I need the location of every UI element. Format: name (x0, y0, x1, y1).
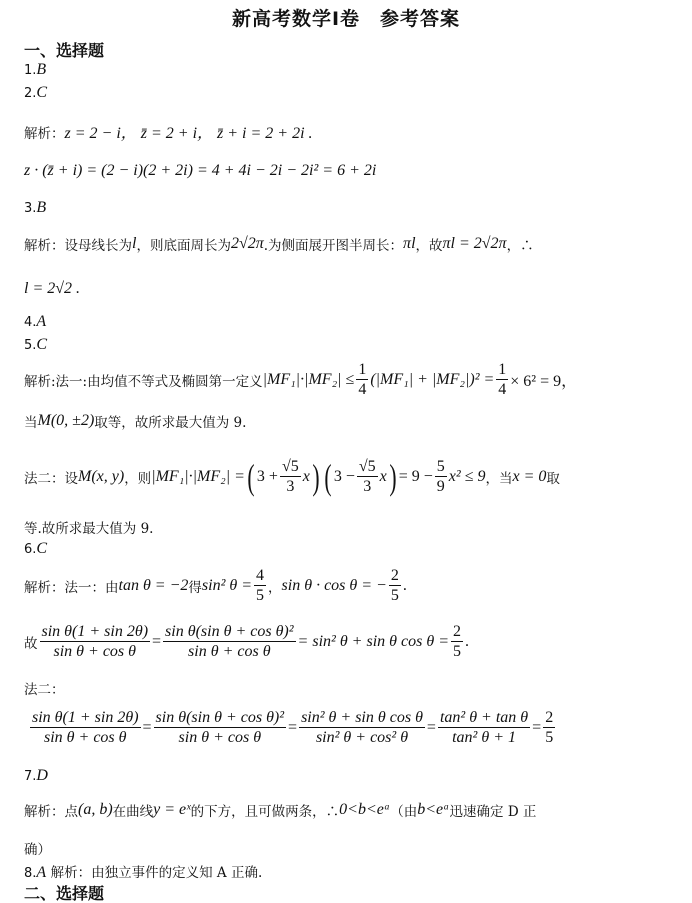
denominator: sin θ + cos θ (52, 642, 139, 661)
numerator: sin θ(sin θ + cos θ)² (154, 708, 287, 728)
period: . (465, 633, 469, 651)
math-expression: |MF₁|·|MF₂| = (151, 468, 245, 486)
denominator: tan² θ + 1 (450, 728, 518, 747)
equals-sign: = (152, 633, 161, 651)
answer-number: 1. (24, 63, 36, 78)
fraction: sin θ(1 + sin 2θ)sin θ + cos θ (40, 622, 151, 661)
numerator: √5 (357, 457, 378, 477)
equals-sign: = (143, 719, 152, 737)
numerator: 1 (356, 360, 368, 380)
text-segment: 解析：点 (24, 800, 78, 820)
text-segment: 故 (24, 632, 38, 652)
answer-letter: A (36, 864, 46, 881)
text-segment: 解析：设母线长为 (24, 234, 132, 254)
q7-explanation-line2: 确） (24, 838, 51, 858)
variable-x: x (380, 468, 387, 486)
math-expression: πl = 2√2π (443, 235, 507, 253)
q3-explanation-line2: l = 2√2 . (24, 280, 80, 298)
answer-number: 7. (24, 769, 36, 784)
denominator: 5 (389, 586, 401, 605)
right-paren: ) (312, 459, 319, 495)
numerator: 2 (543, 708, 555, 728)
text-segment: ，则底面周长为 (136, 234, 231, 254)
answer-3: 3.B (24, 199, 46, 217)
variable-x: x (303, 468, 310, 486)
fraction: 25 (389, 566, 401, 605)
text-segment: 得 (188, 576, 202, 596)
math-expression: l = 2√2 . (24, 280, 80, 298)
equals-sign: = (532, 719, 541, 737)
equals-sign: = (427, 719, 436, 737)
denominator: 3 (361, 477, 373, 496)
numerator: 2 (451, 622, 463, 642)
q6-method2-equation: sin θ(1 + sin 2θ)sin θ + cos θ = sin θ(s… (28, 708, 557, 747)
text-segment: 解析：法一：由 (24, 576, 119, 596)
answer-1: 1.B (24, 61, 46, 79)
q3-explanation-line1: 解析：设母线长为 l ，则底面周长为 2√2π .为侧面展开图半周长： πl ，… (24, 234, 534, 254)
fraction: tan² θ + tan θtan² θ + 1 (438, 708, 530, 747)
answer-letter: C (36, 84, 47, 101)
q5-method1-line2: 当 M(0, ±2) 取等，故所求最大值为 9. (24, 411, 246, 431)
denominator: 5 (451, 642, 463, 661)
denominator: 5 (543, 728, 555, 747)
fraction: √53 (357, 457, 378, 496)
q2-explanation-line2: z · (z̄ + i) = (2 − i)(2 + 2i) = 4 + 4i … (24, 162, 376, 180)
numerator: 2 (389, 566, 401, 586)
answer-number: 6. (24, 542, 36, 557)
text-segment: 等.故所求最大值为 9. (24, 517, 153, 537)
answer-letter: C (36, 336, 47, 353)
math-expression: M(0, ±2) (38, 412, 95, 430)
text-segment: ， (268, 576, 282, 596)
text-segment: 的下方，且可做两条，∴ (191, 800, 340, 820)
q8-explanation: 解析：由独立事件的定义知 A 正确. (51, 865, 263, 881)
numerator: sin θ(sin θ + cos θ)² (163, 622, 296, 642)
math-expression: . (403, 577, 407, 595)
section-heading-choice: 一、选择题 (24, 38, 104, 61)
answer-letter: C (36, 540, 47, 557)
fraction: sin θ(1 + sin 2θ)sin θ + cos θ (30, 708, 141, 747)
text-segment: 法二：设 (24, 467, 78, 487)
fraction: 14 (356, 360, 368, 399)
q5-method2-line1: 法二：设 M(x, y) ，则 |MF₁|·|MF₂| = ( 3 + √53 … (24, 457, 560, 496)
answer-letter: B (36, 61, 46, 78)
fraction: sin² θ + sin θ cos θsin² θ + cos² θ (299, 708, 425, 747)
fraction: sin θ(sin θ + cos θ)²sin θ + cos θ (154, 708, 287, 747)
answer-4: 4.A (24, 313, 46, 331)
numerator: sin θ(1 + sin 2θ) (30, 708, 141, 728)
denominator: 9 (435, 477, 447, 496)
math-expression: πl (403, 235, 415, 253)
answer-number: 3. (24, 201, 36, 216)
math-expression: 3 + (257, 468, 278, 486)
explanation-label: 解析： (24, 122, 65, 142)
q6-method2-label: 法二： (24, 678, 65, 698)
fraction: 25 (451, 622, 463, 661)
math-expression: b<eᵃ (417, 801, 449, 819)
math-expression: sin² θ = (202, 577, 252, 595)
math-expression: z · (z̄ + i) = (2 − i)(2 + 2i) = 4 + 4i … (24, 162, 376, 180)
numerator: 1 (496, 360, 508, 380)
left-paren: ( (324, 459, 331, 495)
text-segment: 在曲线 (113, 800, 154, 820)
answer-7: 7.D (24, 767, 48, 785)
q6-method1-line2: 故 sin θ(1 + sin 2θ)sin θ + cos θ = sin θ… (24, 622, 469, 661)
text-segment: 迅速确定 D 正 (450, 800, 537, 820)
answer-2: 2.C (24, 84, 47, 102)
q5-method2-line2: 等.故所求最大值为 9. (24, 517, 153, 537)
text-segment: 确） (24, 838, 51, 858)
numerator: tan² θ + tan θ (438, 708, 530, 728)
text-segment: ，则 (124, 467, 151, 487)
numerator: 4 (254, 566, 266, 586)
fraction: 25 (543, 708, 555, 747)
math-expression: M(x, y) (78, 468, 124, 486)
text-segment: ，故 (416, 234, 443, 254)
answer-6: 6.C (24, 540, 47, 558)
math-expression: 2√2π (231, 235, 264, 253)
answer-number: 8. (24, 866, 36, 881)
text-segment: ，∴ (507, 234, 534, 254)
math-expression: × 6² = 9， (510, 368, 577, 391)
answer-8: 8.A 解析：由独立事件的定义知 A 正确. (24, 861, 262, 882)
document-title: 新高考数学Ⅰ卷 参考答案 (0, 4, 692, 31)
math-expression: = 9 − (399, 468, 433, 486)
answer-5: 5.C (24, 336, 47, 354)
numerator: sin θ(1 + sin 2θ) (40, 622, 151, 642)
right-paren: ) (389, 459, 396, 495)
denominator: 4 (496, 380, 508, 399)
numerator: 5 (435, 457, 447, 477)
text-segment: （由 (390, 800, 417, 820)
denominator: sin² θ + cos² θ (314, 728, 410, 747)
math-expression: sin θ · cos θ = − (282, 577, 387, 595)
math-expression: x = 0 (512, 468, 546, 486)
answer-number: 4. (24, 315, 36, 330)
math-expression: tan θ = −2 (119, 577, 189, 595)
text-segment: 法二： (24, 678, 65, 698)
math-expression: z = 2 − i， z̄ = 2 + i， z̄ + i = 2 + 2i . (65, 120, 313, 143)
section-heading-multiple-choice: 二、选择题 (24, 881, 104, 903)
text-segment: ，当 (485, 467, 512, 487)
math-expression: 0<b<eᵃ (339, 801, 390, 819)
text-segment: .为侧面展开图半周长： (264, 234, 403, 254)
text-segment: 取等，故所求最大值为 9. (94, 411, 246, 431)
denominator: sin θ + cos θ (42, 728, 129, 747)
q2-explanation-line1: 解析： z = 2 − i， z̄ = 2 + i， z̄ + i = 2 + … (24, 120, 313, 143)
math-expression: y = eˣ (153, 801, 191, 819)
left-paren: ( (247, 459, 254, 495)
answer-letter: D (36, 767, 48, 784)
fraction: √53 (280, 457, 301, 496)
math-expression: (|MF₁| + |MF₂|)² = (370, 371, 494, 389)
math-expression: 3 − (334, 468, 355, 486)
math-expression: x² ≤ 9 (449, 468, 486, 486)
fraction: 45 (254, 566, 266, 605)
q5-method1-line1: 解析:法一:由均值不等式及椭圆第一定义 |MF₁|·|MF₂| ≤ 14 (|M… (24, 360, 577, 399)
text-segment: 解析:法一:由均值不等式及椭圆第一定义 (24, 370, 263, 390)
denominator: 5 (254, 586, 266, 605)
answer-number: 2. (24, 86, 36, 101)
fraction: 59 (435, 457, 447, 496)
numerator: √5 (280, 457, 301, 477)
answer-number: 5. (24, 338, 36, 353)
numerator: sin² θ + sin θ cos θ (299, 708, 425, 728)
text-segment: 当 (24, 411, 38, 431)
q6-method1-line1: 解析：法一：由 tan θ = −2 得 sin² θ = 45 ， sin θ… (24, 566, 407, 605)
answer-letter: B (36, 199, 46, 216)
denominator: 3 (284, 477, 296, 496)
equals-sign: = (288, 719, 297, 737)
fraction: sin θ(sin θ + cos θ)²sin θ + cos θ (163, 622, 296, 661)
math-expression: (a, b) (78, 801, 113, 819)
denominator: 4 (356, 380, 368, 399)
denominator: sin θ + cos θ (177, 728, 264, 747)
math-expression: |MF₁|·|MF₂| ≤ (263, 371, 355, 389)
q7-explanation-line1: 解析：点 (a, b) 在曲线 y = eˣ 的下方，且可做两条，∴ 0<b<e… (24, 800, 536, 820)
text-segment: 取 (546, 467, 560, 487)
denominator: sin θ + cos θ (186, 642, 273, 661)
answer-letter: A (36, 313, 46, 330)
math-expression: = sin² θ + sin θ cos θ = (298, 633, 449, 651)
fraction: 14 (496, 360, 508, 399)
